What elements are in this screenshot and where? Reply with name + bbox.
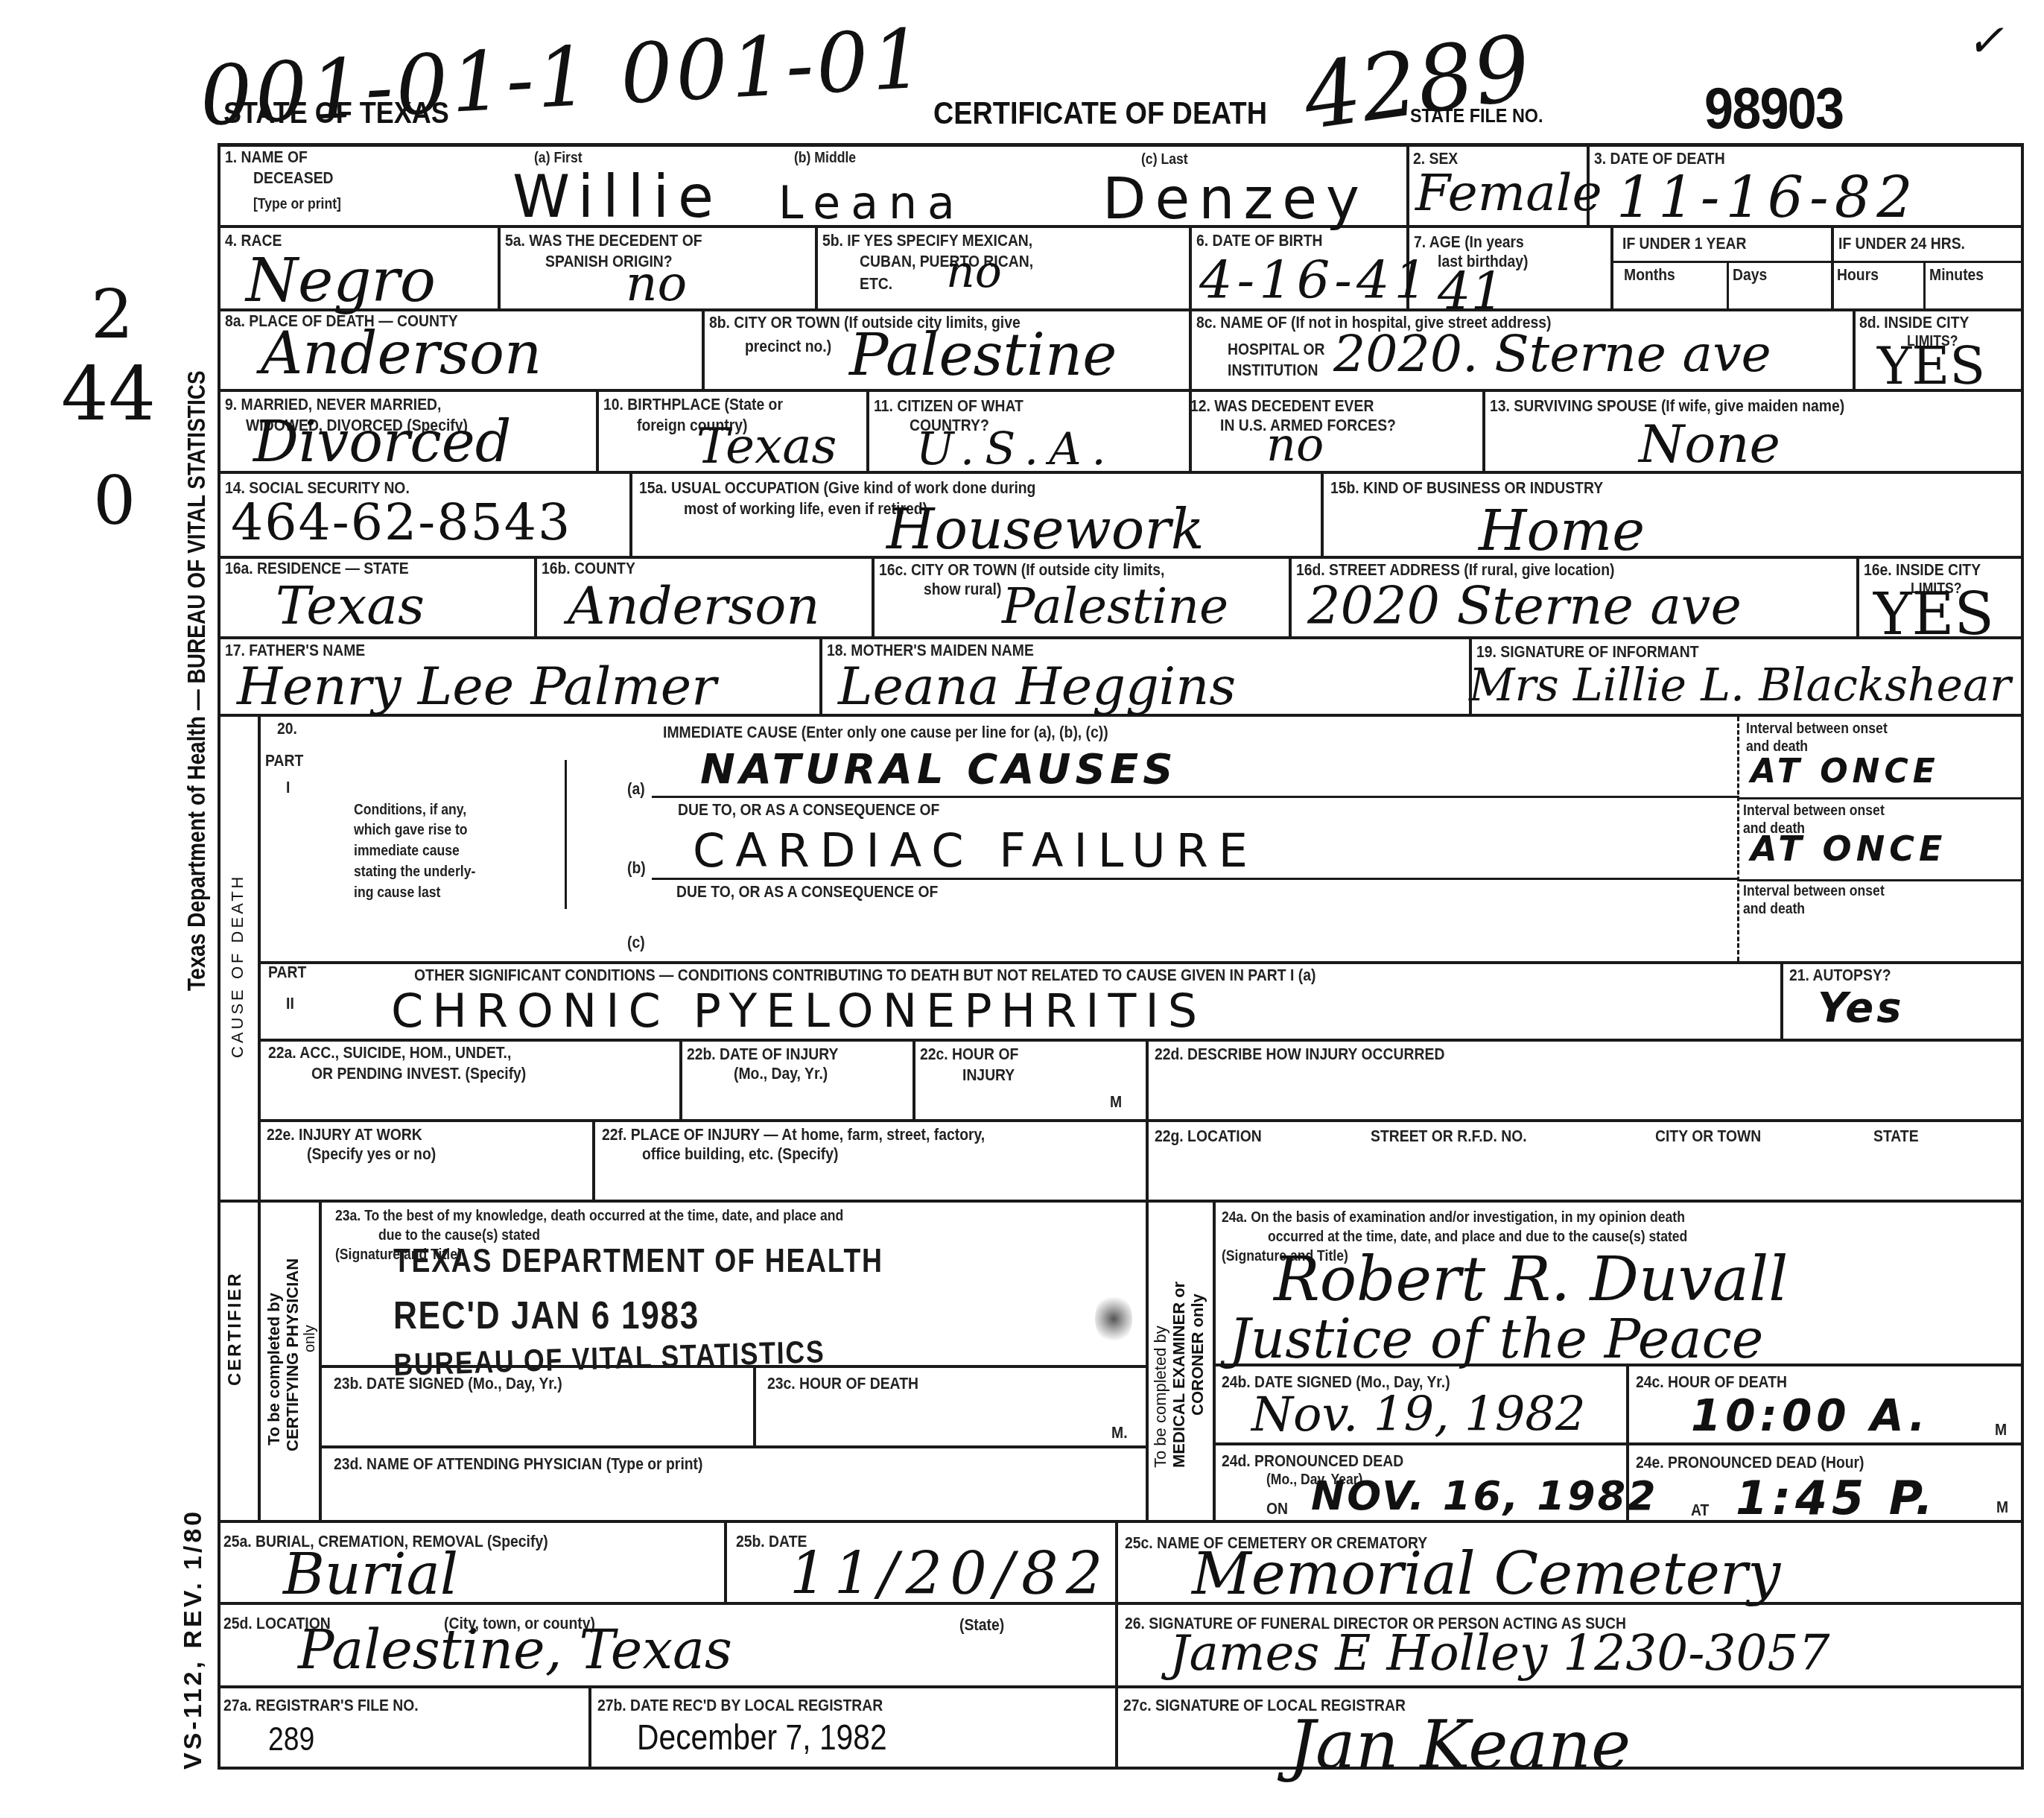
- f5a-value[interactable]: no: [626, 255, 687, 312]
- f24b-value[interactable]: Nov. 19, 1982: [1251, 1387, 1586, 1442]
- f25d-state-label: (State): [959, 1615, 1004, 1635]
- f8b-label-line2: precinct no.): [745, 337, 831, 356]
- f1-first-name[interactable]: Willie: [512, 164, 723, 231]
- f8d-value[interactable]: YES: [1877, 335, 1985, 396]
- f12-label-line1: 12. WAS DECEDENT EVER: [1190, 396, 1374, 416]
- f1-last-name[interactable]: Denzey: [1102, 165, 1368, 232]
- part2-label: PART: [268, 963, 306, 982]
- f24c-suffix: M: [1995, 1420, 2007, 1439]
- f17-value[interactable]: Henry Lee Palmer: [237, 656, 717, 717]
- f22c-label-line2: INJURY: [962, 1065, 1015, 1085]
- interval-a-label-1: Interval between onset: [1746, 720, 1888, 738]
- cause-b-value[interactable]: CARDIAC FAILURE: [693, 823, 1258, 878]
- conditions-note-4: stating the underly-: [354, 863, 475, 881]
- f16e-value[interactable]: YES: [1873, 581, 1994, 648]
- part2-numeral: II: [286, 994, 294, 1013]
- f24e-value[interactable]: 1:45 P.: [1736, 1471, 1937, 1525]
- f10-label-line1: 10. BIRTHPLACE (State or: [603, 395, 783, 414]
- f27a-label: 27a. REGISTRAR'S FILE NO.: [223, 1696, 419, 1715]
- check-mark: ✓: [1967, 15, 2004, 67]
- f13-value[interactable]: None: [1639, 414, 1780, 475]
- f22e-label-line2: (Specify yes or no): [307, 1144, 436, 1164]
- f6-value[interactable]: 4-16-41: [1199, 250, 1432, 311]
- f23a-label-line2: due to the cause(s) stated: [378, 1226, 540, 1244]
- f24e-suffix: M: [1996, 1498, 2008, 1517]
- f24d-value[interactable]: NOV. 16, 1982: [1311, 1472, 1658, 1519]
- under1-months: Months: [1624, 265, 1675, 285]
- f1-middle-label: (b) Middle: [794, 149, 856, 167]
- immediate-cause-label: IMMEDIATE CAUSE (Enter only one cause pe…: [663, 723, 1108, 742]
- state-file-number: 98903: [1704, 75, 1843, 142]
- handwritten-local-number: 4289: [1298, 16, 1537, 150]
- autopsy-label: 21. AUTOPSY?: [1789, 966, 1891, 985]
- f23d-label: 23d. NAME OF ATTENDING PHYSICIAN (Type o…: [334, 1454, 702, 1474]
- f24d-label-line1: 24d. PRONOUNCED DEAD: [1222, 1451, 1403, 1471]
- f8c-value[interactable]: 2020. Sterne ave: [1333, 325, 1771, 384]
- f5b-label-line3: ETC.: [860, 274, 892, 294]
- f7-label-line1: 7. AGE (In years: [1414, 232, 1524, 252]
- f22b-label-line1: 22b. DATE OF INJURY: [687, 1045, 838, 1064]
- f5a-label-line1: 5a. WAS THE DECEDENT OF: [505, 231, 702, 250]
- f24a-title[interactable]: Justice of the Peace: [1229, 1308, 1763, 1370]
- part1-numeral: I: [286, 778, 290, 797]
- f9-value[interactable]: Divorced: [253, 408, 511, 475]
- due-to-label-2: DUE TO, OR AS A CONSEQUENCE OF: [676, 882, 938, 902]
- agency-vertical-label: Texas Department of Health — BUREAU OF V…: [182, 370, 211, 991]
- f27b-value[interactable]: December 7, 1982: [637, 1717, 887, 1758]
- margin-note-line1: 2: [91, 276, 133, 354]
- me-note-2: MEDICAL EXAMINER or: [1169, 1282, 1189, 1468]
- f22f-label-line2: office building, etc. (Specify): [642, 1144, 839, 1164]
- interval-b-value[interactable]: AT ONCE: [1751, 829, 1946, 869]
- cause-a-letter: (a): [627, 779, 645, 799]
- margin-note-line3: 0: [93, 462, 136, 540]
- conditions-note-3: immediate cause: [354, 842, 460, 860]
- f3-date-value[interactable]: 11-16-82: [1616, 164, 1918, 230]
- f16b-value[interactable]: Anderson: [568, 575, 819, 636]
- other-conditions-label: OTHER SIGNIFICANT CONDITIONS — CONDITION…: [414, 966, 1315, 985]
- f22c-label-line1: 22c. HOUR OF: [920, 1045, 1018, 1064]
- f24e-at: AT: [1691, 1501, 1709, 1520]
- f1-middle-name[interactable]: Leana: [778, 177, 965, 229]
- state-label: STATE OF TEXAS: [223, 97, 449, 130]
- f27c-value[interactable]: Jan Keane: [1289, 1706, 1631, 1784]
- under24-minutes: Minutes: [1929, 265, 1984, 285]
- f16c-value[interactable]: Palestine: [1002, 577, 1228, 635]
- physician-note-2: CERTIFYING PHYSICIAN: [283, 1258, 302, 1451]
- f25c-value[interactable]: Memorial Cemetery: [1192, 1541, 1780, 1608]
- f8a-value[interactable]: Anderson: [261, 320, 542, 387]
- f16a-value[interactable]: Texas: [276, 575, 425, 636]
- f1-label-line1: 1. NAME OF: [225, 148, 308, 167]
- f23c-meridiem: M.: [1111, 1423, 1128, 1442]
- f8c-label-line3: INSTITUTION: [1228, 361, 1318, 380]
- interval-c-label-1: Interval between onset: [1743, 882, 1885, 900]
- conditions-note-5: ing cause last: [354, 884, 440, 902]
- received-stamp-line1: TEXAS DEPARTMENT OF HEALTH: [393, 1243, 883, 1280]
- part1-label: PART: [265, 751, 303, 770]
- f18-value[interactable]: Leana Heggins: [838, 656, 1236, 717]
- f24c-value[interactable]: 10:00 A.: [1691, 1390, 1930, 1441]
- f22b-label-line2: (Mo., Day, Yr.): [734, 1064, 828, 1083]
- conditions-note-2: which gave rise to: [354, 821, 468, 839]
- f26-value[interactable]: James E Holley 1230-3057: [1169, 1624, 1830, 1682]
- f1-label-line2: DECEASED: [253, 168, 334, 188]
- cause-section-label: CAUSE OF DEATH: [228, 873, 247, 1058]
- f23a-label-line1: 23a. To the best of my knowledge, death …: [335, 1207, 843, 1225]
- f4-race-value[interactable]: Negro: [246, 246, 436, 315]
- f22c-meridiem: M: [1110, 1092, 1122, 1112]
- certifier-label: CERTIFIER: [225, 1271, 246, 1386]
- f19-value[interactable]: Mrs Lillie L. Blackshear: [1469, 659, 2011, 712]
- conditions-note-1: Conditions, if any,: [354, 801, 466, 819]
- f10-value[interactable]: Texas: [696, 417, 837, 475]
- f23c-label: 23c. HOUR OF DEATH: [767, 1374, 918, 1393]
- interval-a-value[interactable]: AT ONCE: [1751, 753, 1940, 791]
- f22g-street-label: STREET OR R.F.D. NO.: [1371, 1127, 1527, 1146]
- f8d-label-line1: 8d. INSIDE CITY: [1859, 313, 1969, 332]
- f5b-value[interactable]: no: [946, 246, 1002, 298]
- form-id-vertical-label: VS-112, REV. 1/80: [179, 1509, 208, 1770]
- physician-note-3: only: [302, 1325, 319, 1352]
- under1-days: Days: [1733, 265, 1767, 285]
- f24a-label-line2: occurred at the time, date, and place an…: [1268, 1228, 1687, 1246]
- f8c-label-line2: HOSPITAL OR: [1228, 340, 1325, 359]
- f22a-label-line2: OR PENDING INVEST. (Specify): [311, 1064, 526, 1083]
- f24e-label: 24e. PRONOUNCED DEAD (Hour): [1636, 1453, 1864, 1472]
- f24a-signature[interactable]: Robert R. Duvall: [1274, 1244, 1788, 1315]
- f11-value[interactable]: U.S.A.: [916, 423, 1117, 475]
- other-conditions-value[interactable]: CHRONIC PYELONEPHRITIS: [391, 984, 1206, 1038]
- cause-c-letter: (c): [627, 933, 645, 952]
- f1-label-line3: [Type or print]: [253, 195, 341, 213]
- f27b-label: 27b. DATE REC'D BY LOCAL REGISTRAR: [597, 1696, 883, 1715]
- received-stamp-line2: REC'D JAN 6 1983: [393, 1293, 699, 1338]
- me-note-3: CORONER only: [1188, 1293, 1207, 1416]
- f15a-label-line1: 15a. USUAL OCCUPATION (Give kind of work…: [639, 478, 1035, 498]
- f12-value[interactable]: no: [1266, 417, 1324, 472]
- f22f-label-line1: 22f. PLACE OF INJURY — At home, farm, st…: [602, 1125, 985, 1144]
- autopsy-value[interactable]: Yes: [1818, 984, 1905, 1032]
- f22a-label-line1: 22a. ACC., SUICIDE, HOM., UNDET.,: [268, 1043, 511, 1062]
- f16e-label-line1: 16e. INSIDE CITY: [1864, 560, 1981, 580]
- f16d-value[interactable]: 2020 Sterne ave: [1307, 575, 1742, 636]
- f22g-city-label: CITY OR TOWN: [1655, 1127, 1761, 1146]
- me-note-1: To be completed by: [1151, 1326, 1170, 1468]
- f22g-label: 22g. LOCATION: [1155, 1127, 1262, 1146]
- f24d-on: ON: [1266, 1499, 1288, 1518]
- under24-label: IF UNDER 24 HRS.: [1838, 234, 1965, 253]
- f25a-value[interactable]: Burial: [283, 1541, 458, 1607]
- f27a-value[interactable]: 289: [268, 1721, 314, 1758]
- due-to-label-1: DUE TO, OR AS A CONSEQUENCE OF: [678, 800, 939, 820]
- f25b-value[interactable]: 11/20/82: [790, 1541, 1110, 1608]
- f22d-label: 22d. DESCRIBE HOW INJURY OCCURRED: [1155, 1045, 1444, 1064]
- physician-note-1: To be completed by: [264, 1293, 284, 1445]
- f15b-value[interactable]: Home: [1479, 499, 1645, 563]
- cause-a-value[interactable]: NATURAL CAUSES: [700, 745, 1177, 794]
- f16c-label-line2: show rural): [924, 580, 1001, 599]
- margin-note-line2: 44: [61, 350, 156, 437]
- interval-c-label-2: and death: [1743, 900, 1805, 918]
- f14-value[interactable]: 464-62-8543: [231, 493, 571, 552]
- f24c-label: 24c. HOUR OF DEATH: [1636, 1372, 1787, 1392]
- f24a-label-line1: 24a. On the basis of examination and/or …: [1222, 1209, 1685, 1226]
- f6-label: 6. DATE OF BIRTH: [1196, 231, 1323, 250]
- f8b-value[interactable]: Palestine: [849, 322, 1117, 389]
- f15a-value[interactable]: Housework: [886, 498, 1204, 562]
- f22e-label-line1: 22e. INJURY AT WORK: [267, 1125, 422, 1144]
- f11-label-line1: 11. CITIZEN OF WHAT: [874, 396, 1023, 416]
- f25d-value[interactable]: Palestine, Texas: [298, 1618, 732, 1681]
- under24-hours: Hours: [1837, 265, 1879, 285]
- smudge-mark: [1095, 1293, 1132, 1345]
- f2-sex-value[interactable]: Female: [1415, 164, 1602, 223]
- under1-label: IF UNDER 1 YEAR: [1622, 234, 1746, 253]
- f15b-label: 15b. KIND OF BUSINESS OR INDUSTRY: [1330, 478, 1603, 498]
- certificate-title: CERTIFICATE OF DEATH: [933, 95, 1267, 131]
- f22g-state-label: STATE: [1873, 1127, 1919, 1146]
- cause-number: 20.: [277, 719, 297, 738]
- cause-b-letter: (b): [627, 858, 646, 878]
- state-file-label: STATE FILE NO.: [1410, 104, 1543, 127]
- f23b-label: 23b. DATE SIGNED (Mo., Day, Yr.): [334, 1374, 562, 1393]
- interval-b-label-1: Interval between onset: [1743, 802, 1885, 820]
